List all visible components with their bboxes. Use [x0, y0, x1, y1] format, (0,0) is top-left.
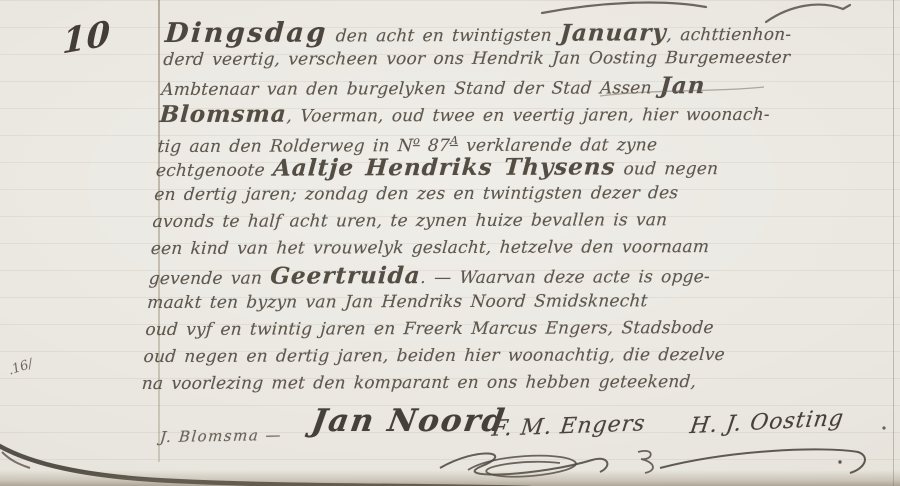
- act-line: derd veertig, verscheen voor ons Hendrik…: [162, 44, 896, 74]
- act-text-segment: echtgenoote: [155, 161, 273, 181]
- signature-engers: F. M. Engers: [491, 411, 647, 441]
- act-text-segment: January: [559, 19, 667, 46]
- act-text-segment: derd veertig, verscheen voor ons Hendrik…: [163, 48, 791, 70]
- act-line: Blomsma, Voerman, oud twee en veertig ja…: [159, 98, 893, 128]
- pen-flourish-top-left-icon: [542, 2, 706, 13]
- act-line: oud vyf en twintig jaren en Freerk Marcu…: [144, 314, 878, 344]
- act-text-segment: Dingsdag: [164, 17, 329, 49]
- act-text-segment: , achttienhon-: [666, 25, 792, 45]
- act-line: na voorlezing met den komparant en ons h…: [141, 368, 875, 398]
- act-line: echtgenoote Aaltje Hendriks Thysens oud …: [155, 152, 889, 182]
- act-text-segment: en dertig jaren; zondag den zes en twint…: [154, 183, 679, 205]
- act-text-segment: den acht en twintigsten: [327, 26, 561, 47]
- act-text-segment: Blomsma: [159, 101, 288, 128]
- ink-dot-icon: [838, 460, 841, 463]
- act-text-segment: oud negen en dertig jaren, beiden hier w…: [143, 345, 726, 367]
- act-text-segment: oud negen: [615, 159, 719, 179]
- page-bottom-shadow: [0, 470, 900, 486]
- signature-noord: Jan Noord: [309, 403, 508, 439]
- act-text-segment: , Voerman, oud twee en veertig jaren, hi…: [286, 105, 770, 127]
- signature-blomsma: J. Blomsma —: [159, 426, 283, 446]
- act-text-segment: avonds te half acht uren, te zynen huize…: [152, 210, 668, 232]
- act-text-segment: gevende van: [148, 269, 271, 289]
- act-text-segment: een kind van het vrouwelyk geslacht, het…: [150, 237, 710, 259]
- act-line: tig aan den Rolderweg in No 87A verklare…: [157, 125, 891, 155]
- act-text-segment: oud vyf en twintig jaren en Freerk Marcu…: [145, 318, 715, 340]
- act-body-text: Dingsdag den acht en twintigsten January…: [141, 17, 898, 398]
- ink-dot-icon: [882, 426, 885, 429]
- act-text-segment: Ambtenaar van den burgelyken Stand der S…: [161, 78, 661, 100]
- act-line: een kind van het vrouwelyk geslacht, het…: [150, 233, 884, 263]
- act-text-segment: maakt ten byzyn van Jan Hendriks Noord S…: [147, 291, 649, 313]
- act-number: 10: [62, 13, 112, 62]
- act-line: maakt ten byzyn van Jan Hendriks Noord S…: [146, 287, 880, 317]
- page-edge-curve-small-icon: [2, 452, 30, 468]
- act-line: avonds te half acht uren, te zynen huize…: [152, 206, 886, 236]
- signature-oosting: H. J. Oosting: [688, 406, 845, 439]
- act-text-segment: Aaltje Hendriks Thysens: [272, 153, 616, 181]
- act-line: Dingsdag den acht en twintigsten January…: [164, 17, 898, 47]
- act-line: en dertig jaren; zondag den zes en twint…: [153, 179, 887, 209]
- act-line: Ambtenaar van den burgelyken Stand der S…: [161, 71, 895, 101]
- act-line: oud negen en dertig jaren, beiden hier w…: [143, 341, 877, 371]
- margin-annotation: .16/: [6, 356, 34, 378]
- register-page-scan: 10 .16/ Dingsdag den acht en twintigsten…: [0, 0, 900, 486]
- act-text-segment: Jan: [659, 72, 706, 99]
- act-text-segment: Geertruida: [269, 262, 421, 290]
- act-text-segment: na voorlezing met den komparant en ons h…: [141, 372, 697, 394]
- act-line: gevende van Geertruida. — Waarvan deze a…: [148, 260, 882, 290]
- act-text-segment: . — Waarvan deze acte is opge-: [420, 267, 711, 288]
